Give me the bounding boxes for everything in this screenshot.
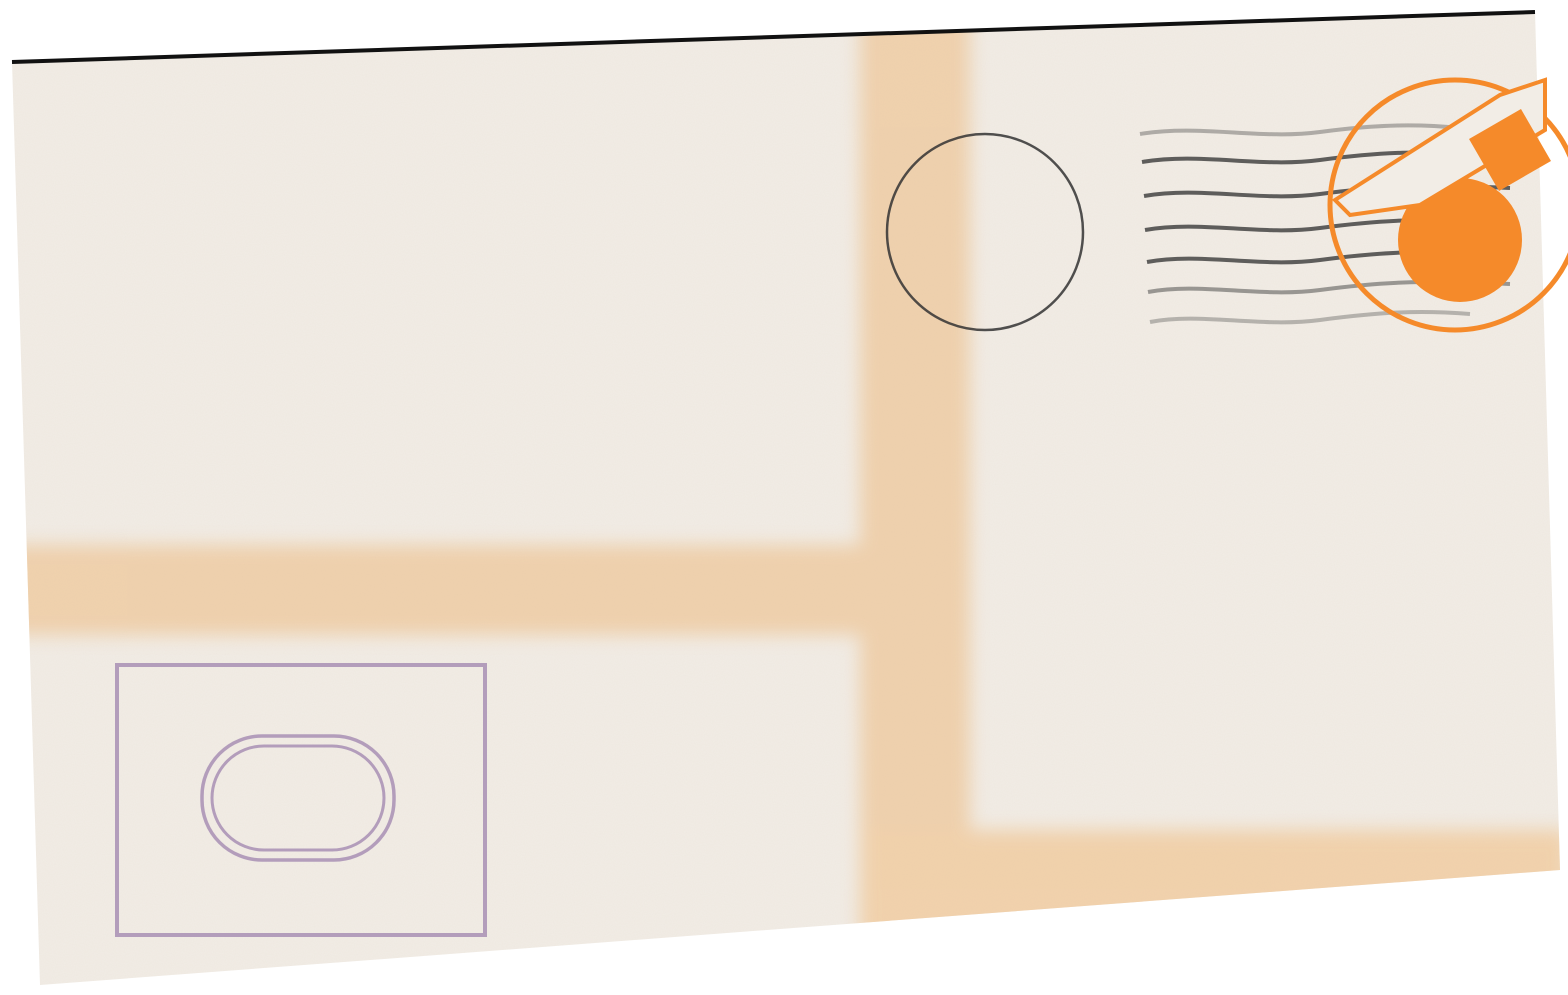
envelope-body	[0, 0, 1568, 995]
envelope-scan	[0, 0, 1568, 995]
